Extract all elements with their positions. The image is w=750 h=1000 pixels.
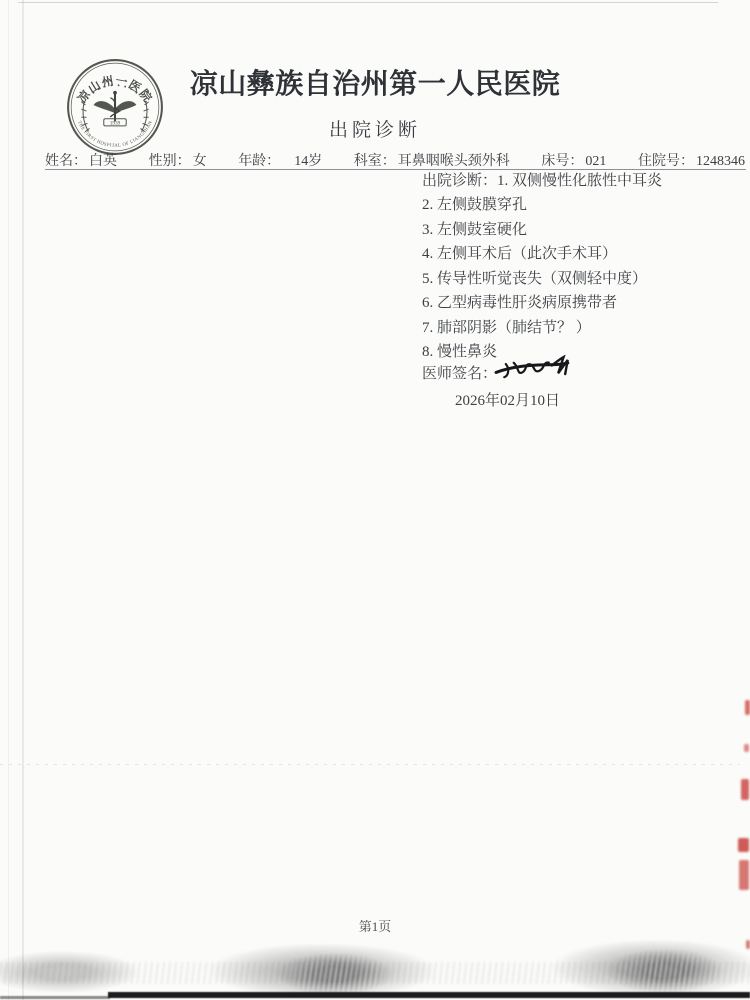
diagnosis-line-7: 7. 肺部阴影（肺结节？ ） [422,316,591,337]
field-admission-number: 住院号：1248346 [638,150,745,170]
scan-artifact-smudge [275,952,395,996]
document-title: 出院诊断 [0,115,750,142]
diagnosis-line-3: 3. 左侧鼓室硬化 [422,218,527,239]
scan-artifact-smudge [605,948,725,994]
diagnosis-line-8: 8. 慢性鼻炎 [422,340,497,361]
scan-artifact-vertical-line [22,0,24,1000]
signature-label: 医师签名： [422,366,497,382]
diagnosis-line-1: 出院诊断：1. 双侧慢性化脓性中耳炎 [422,169,662,190]
field-bed-number: 床号：021 [541,150,606,170]
field-name: 姓名：白英 [45,150,117,170]
diagnosis-line-4: 4. 左侧耳术后（此次手术耳） [422,242,617,263]
diagnosis-label: 出院诊断： [422,173,497,189]
diagnosis-line-6: 6. 乙型病毒性肝炎病原携带者 [422,291,617,312]
hospital-name: 凉山彝族自治州第一人民医院 [0,62,750,102]
scan-artifact-vertical-line [8,0,9,1000]
handwritten-signature [494,353,581,386]
red-stamp-fragment [739,860,749,890]
field-age: 年龄：14岁 [238,150,322,170]
scan-artifact-top-line [18,2,718,3]
red-stamp-fragment [741,779,749,800]
physician-signature-line: 医师签名： [422,362,497,383]
field-sex: 性别：女 [149,150,207,170]
diagnosis-line-2: 2. 左侧鼓膜穿孔 [422,193,527,214]
field-department: 科室：耳鼻咽喉头颈外科 [354,150,510,170]
red-stamp-fragment [746,940,750,949]
patient-info-row: 姓名：白英 性别：女 年龄：14岁 科室：耳鼻咽喉头颈外科 床号：021 住院号… [45,150,745,170]
red-stamp-fragment [738,838,749,852]
red-stamp-fragment [744,744,749,752]
red-stamp-fragment [745,700,750,715]
scanned-discharge-document: 凉山州一医院 THE FIRST HOSPITAL OF LIANGSHAN [0,0,750,1000]
scan-artifact-bottom-bar [0,996,110,999]
scan-artifact-dotted-line [0,764,740,765]
page-number: 第1页 [0,916,750,935]
scan-artifact-bottom-bar [108,992,750,998]
diagnosis-line-5: 5. 传导性听觉丧失（双侧轻中度） [422,267,647,288]
discharge-date: 2026年02月10日 [455,389,560,410]
scan-artifact-smudge [0,950,142,994]
